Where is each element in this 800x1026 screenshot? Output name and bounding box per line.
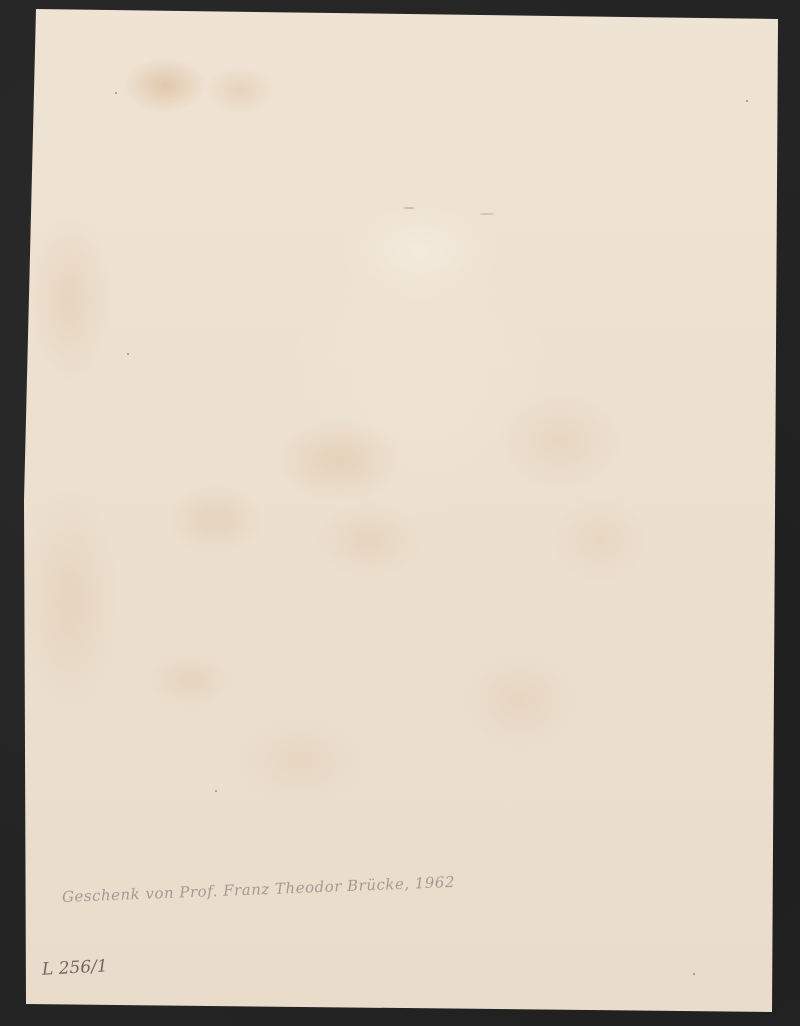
foxing-speck [480,213,494,215]
foxing-speck [403,207,415,209]
foxing-speck [215,790,217,792]
catalog-number: L 256/1 [42,956,109,979]
dark-backdrop: Geschenk von Prof. Franz Theodor Brücke,… [0,0,800,1026]
foxing-speck [693,973,695,975]
foxing-speck [746,100,748,102]
foxing-speck [115,92,117,94]
foxing-speck [127,353,129,355]
paper-sheet [0,0,800,1026]
